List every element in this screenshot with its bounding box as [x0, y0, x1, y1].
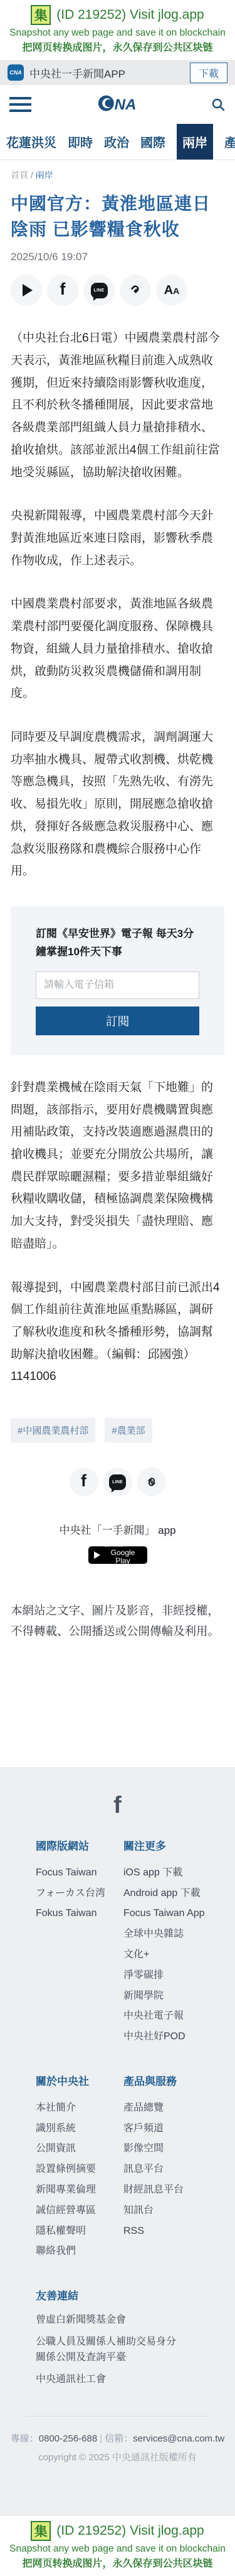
footer-link[interactable]: 產品總覽: [123, 2098, 235, 2119]
footer-col-header: 產品與服務: [123, 2072, 235, 2088]
footer-col-international: 國際版網站 Focus Taiwan フォーカス台湾 Fokus Taiwan: [36, 1837, 123, 2047]
footer-link[interactable]: 設置條例摘要: [36, 2159, 123, 2180]
footer-col-header: 友善連結: [36, 2287, 235, 2303]
nav-tab-business[interactable]: 產經: [224, 133, 235, 151]
tag-item[interactable]: #中國農業農村部: [11, 1418, 95, 1443]
breadcrumb-home[interactable]: 首頁: [11, 170, 28, 180]
footer-col-products: 產品與服務 產品總覽 客戶頻道 影像空間 訊息平台 財經訊息平台 知訊台 RSS: [123, 2072, 235, 2262]
article-paragraph: 中國農業農村部要求，黃淮地區各級農業農村部門要優化調度服務、保障機具物資，組織人…: [11, 593, 224, 705]
top-promo-banner[interactable]: 集 (ID 219252) Visit jlog.app Snapshot an…: [0, 0, 235, 60]
footer-link[interactable]: フォーカス台湾: [36, 1884, 123, 1904]
svg-text:NA: NA: [114, 96, 136, 112]
phone-label: 專線：: [11, 2433, 39, 2444]
footer-col-header: 國際版網站: [36, 1837, 123, 1853]
footer-link[interactable]: 中央社好POD: [123, 2027, 235, 2047]
breadcrumb: 首頁 / 兩岸: [11, 169, 224, 181]
newsletter-title: 訂閱《早安世界》電子報 每天3分鐘掌握10件天下事: [36, 925, 199, 961]
promo-subline-zh: 把网页转换成图片，永久保存到公共区块链: [0, 2555, 235, 2570]
promo-subline-en: Snapshot any web page and save it on blo…: [0, 2543, 235, 2555]
footer-link[interactable]: 新聞專業倫理: [36, 2180, 123, 2201]
nav-tab-cross-strait[interactable]: 兩岸: [177, 124, 213, 160]
app-bar-label: 中央社一手新聞APP: [29, 65, 184, 81]
cna-logo[interactable]: NA: [98, 94, 138, 116]
nav-tab-world[interactable]: 國際: [140, 133, 165, 151]
facebook-icon[interactable]: f: [47, 275, 78, 306]
promo-subline-zh: 把网页转换成图片，永久保存到公共区块链: [0, 39, 235, 54]
nav-tab-hualien-flood[interactable]: 花蓮洪災: [6, 133, 56, 151]
app-promo-title: 中央社「一手新聞」 app: [11, 1521, 224, 1537]
promo-headline[interactable]: (ID 219252) Visit jlog.app: [56, 8, 204, 23]
share-row-top: f LINE AA: [11, 275, 224, 306]
footer-link[interactable]: 公開資訊: [36, 2139, 123, 2159]
share-row-bottom: f LINE: [11, 1468, 224, 1496]
cna-app-icon: CNA: [8, 64, 24, 81]
article-paragraph: 央視新聞報導，中國農業農村部今天針對黃淮地區近來連日陰雨，影響秋季農作物收成，作…: [11, 505, 224, 572]
footer-link[interactable]: 影像空間: [123, 2139, 235, 2159]
nav-tab-politics[interactable]: 政治: [104, 133, 129, 151]
footer-link[interactable]: 曾虛白新聞獎基金會: [36, 2313, 180, 2328]
app-download-button[interactable]: 下載: [190, 63, 227, 83]
footer-link[interactable]: iOS app 下載: [123, 1863, 235, 1884]
facebook-icon[interactable]: f: [70, 1468, 98, 1496]
footer-col-header: 關注更多: [123, 1837, 235, 1853]
jlog-seal-icon: 集: [31, 2521, 51, 2541]
line-icon[interactable]: LINE: [103, 1468, 132, 1496]
section-nav: 花蓮洪災 即時 政治 國際 兩岸 產經: [0, 124, 235, 160]
footer-link[interactable]: 隱私權聲明: [36, 2221, 123, 2242]
google-play-badge[interactable]: GET IT ON Google Play: [88, 1546, 147, 1564]
newsletter-box: 訂閱《早安世界》電子報 每天3分鐘掌握10件天下事 訂閱: [11, 906, 224, 1055]
app-promo: 中央社「一手新聞」 app GET IT ON Google Play: [11, 1521, 224, 1564]
newsletter-subscribe-button[interactable]: 訂閱: [36, 1007, 199, 1035]
search-icon[interactable]: [211, 97, 226, 112]
footer-col-follow-more: 關注更多 iOS app 下載 Android app 下載 Focus Tai…: [123, 1837, 235, 2047]
font-size-icon[interactable]: AA: [156, 275, 187, 306]
footer-link[interactable]: RSS: [123, 2221, 235, 2242]
footer-col-about: 關於中央社 本社簡介 識別系統 公開資訊 設置條例摘要 新聞專業倫理 誠信經營專…: [36, 2072, 123, 2262]
article-paragraph: 報導提到，中國農業農村部目前已派出4個工作組前往黃淮地區重點縣區，調研了解秋收進…: [11, 1277, 224, 1389]
footer-link[interactable]: 新聞學院: [123, 1986, 235, 2007]
email-label: 信箱：: [105, 2433, 133, 2444]
footer-link[interactable]: Android app 下載: [123, 1884, 235, 1904]
copyright-notice: 本網站之文字、圖片及影音，非經授權，不得轉載、公開播送或公開傳輸及利用。: [11, 1600, 224, 1642]
page-title: 中國官方：黃淮地區連日陰雨 已影響糧食秋收: [11, 191, 224, 242]
footer-link[interactable]: 公職人員及關係人補助交易身分關係公開及查詢平臺: [36, 2335, 180, 2366]
link-icon[interactable]: [137, 1468, 166, 1496]
footer-contact: 專線：0800-256-688|信箱：services@cna.com.tw: [0, 2431, 235, 2445]
footer-link[interactable]: 誠信經營專區: [36, 2201, 123, 2221]
breadcrumb-section[interactable]: 兩岸: [36, 170, 53, 180]
promo-subline-en: Snapshot any web page and save it on blo…: [0, 28, 235, 39]
footer-link[interactable]: Focus Taiwan App: [123, 1904, 235, 1924]
breadcrumb-separator: /: [31, 170, 33, 180]
hamburger-menu-icon[interactable]: [9, 97, 31, 112]
footer-link[interactable]: 淨零碳排: [123, 1965, 235, 1986]
link-icon[interactable]: [120, 275, 151, 306]
google-play-triangle-icon: [94, 1551, 100, 1559]
line-icon[interactable]: LINE: [83, 275, 115, 306]
article-content: 首頁 / 兩岸 中國官方：黃淮地區連日陰雨 已影響糧食秋收 2025/10/6 …: [0, 169, 235, 1642]
footer-link[interactable]: Focus Taiwan: [36, 1863, 123, 1884]
site-footer: f 國際版網站 Focus Taiwan フォーカス台湾 Fokus Taiwa…: [0, 1767, 235, 2517]
tag-item[interactable]: #農業部: [105, 1418, 152, 1443]
app-download-bar: CNA 中央社一手新聞APP 下載: [0, 60, 235, 85]
spacer: [0, 1642, 235, 1767]
article-paragraph: 針對農業機械在陰雨天氣「下地難」的問題，該部指示，要用好農機購置與應用補貼政策，…: [11, 1077, 224, 1255]
bottom-promo-banner[interactable]: 集 (ID 219252) Visit jlog.app Snapshot an…: [0, 2516, 235, 2576]
footer-link[interactable]: Fokus Taiwan: [36, 1904, 123, 1924]
footer-link[interactable]: 中央通訊社工會: [36, 2372, 180, 2388]
page: 集 (ID 219252) Visit jlog.app Snapshot an…: [0, 0, 235, 2576]
phone-number: 0800-256-688: [39, 2433, 97, 2444]
footer-link[interactable]: 訊息平台: [123, 2159, 235, 2180]
footer-col-friendly-links: 友善連結 曾虛白新聞獎基金會 公職人員及關係人補助交易身分關係公開及查詢平臺 中…: [36, 2287, 235, 2393]
footer-link[interactable]: 本社簡介: [36, 2098, 123, 2119]
footer-col-header: 關於中央社: [36, 2072, 123, 2088]
article-paragraph: 同時要及早調度農機需求，調劑調運大功率抽水機具、履帶式收割機、烘乾機等應急機具，…: [11, 726, 224, 883]
tag-list: #中國農業農村部 #農業部: [11, 1418, 224, 1443]
facebook-icon[interactable]: f: [113, 1792, 122, 1818]
article-paragraph: （中央社台北6日電）中國農業農村部今天表示，黃淮地區秋糧目前進入成熟收獲期，但近…: [11, 327, 224, 484]
footer-link[interactable]: 知訊台: [123, 2201, 235, 2221]
play-icon[interactable]: [11, 275, 42, 306]
footer-link[interactable]: 識別系統: [36, 2119, 123, 2139]
footer-divider: [25, 2416, 210, 2416]
promo-headline[interactable]: (ID 219252) Visit jlog.app: [56, 2523, 204, 2538]
footer-link[interactable]: 聯絡我們: [36, 2241, 123, 2262]
site-header: NA: [0, 85, 235, 124]
article-date: 2025/10/6 19:07: [11, 251, 224, 263]
footer-copyright: copyright © 2025 中央通訊社版權所有: [0, 2450, 235, 2516]
footer-link[interactable]: 財經訊息平台: [123, 2180, 235, 2201]
footer-link[interactable]: 中央社電子報: [123, 2006, 235, 2027]
contact-separator: |: [100, 2433, 102, 2444]
newsletter-email-input[interactable]: [36, 971, 199, 999]
google-play-large-text: Google Play: [105, 1549, 142, 1565]
footer-link[interactable]: 全球中央雜誌: [123, 1924, 235, 1945]
nav-tab-breaking[interactable]: 即時: [68, 133, 93, 151]
footer-columns: 國際版網站 Focus Taiwan フォーカス台湾 Fokus Taiwan …: [0, 1837, 235, 2394]
footer-link[interactable]: 文化+: [123, 1945, 235, 1965]
email-address[interactable]: services@cna.com.tw: [133, 2433, 224, 2444]
footer-link[interactable]: 客戶頻道: [123, 2119, 235, 2139]
jlog-seal-icon: 集: [31, 5, 51, 25]
